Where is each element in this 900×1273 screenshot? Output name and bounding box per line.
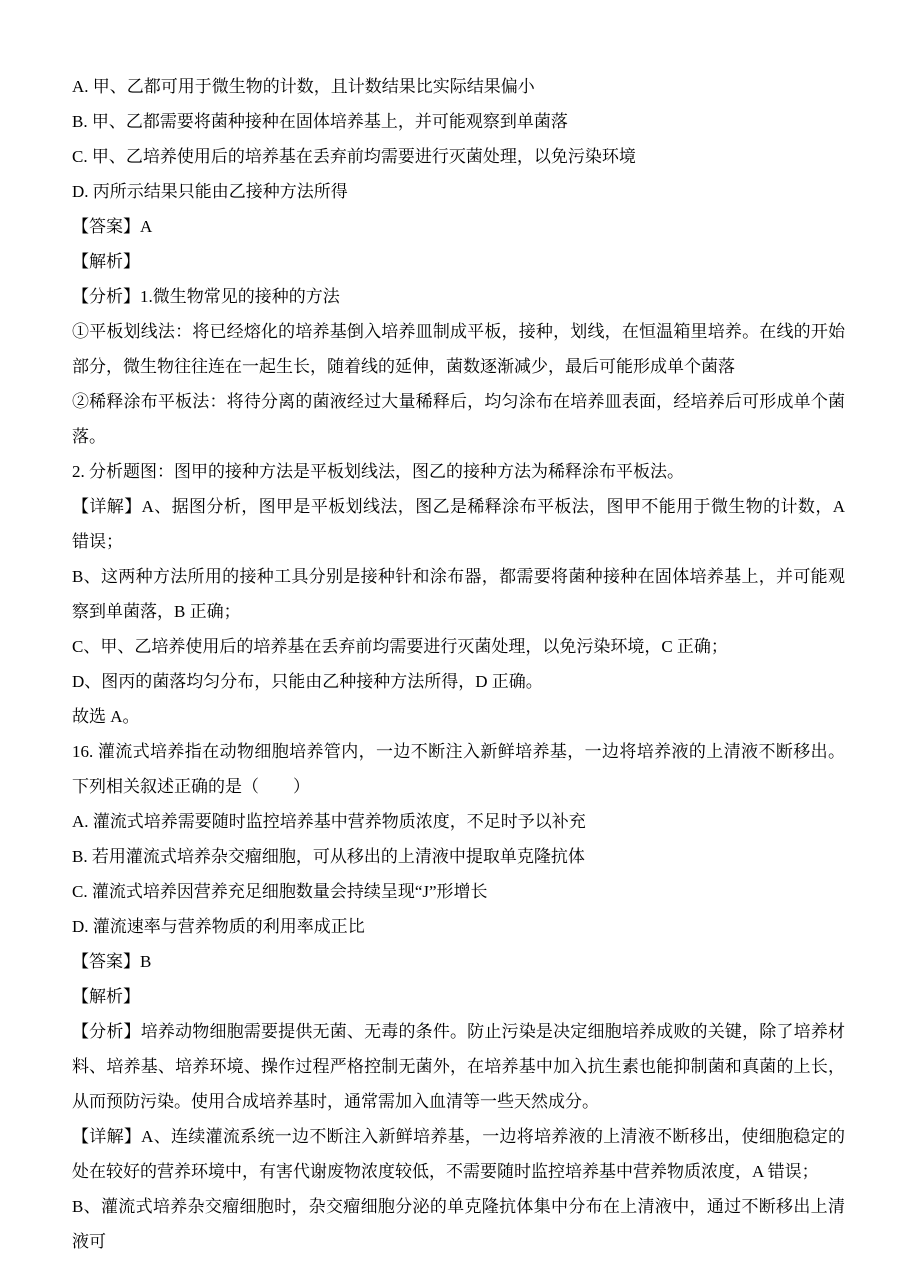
q16-answer: 【答案】B: [72, 944, 845, 979]
q15-detail-b: B、这两种方法所用的接种工具分别是接种针和涂布器，都需要将菌种接种在固体培养基上…: [72, 559, 845, 629]
document-page: A. 甲、乙都可用于微生物的计数，且计数结果比实际结果偏小 B. 甲、乙都需要将…: [0, 0, 900, 1273]
q16-option-b: B. 若用灌流式培养杂交瘤细胞，可从移出的上清液中提取单克隆抗体: [72, 839, 845, 874]
q15-option-c: C. 甲、乙培养使用后的培养基在丢弃前均需要进行灭菌处理，以免污染环境: [72, 139, 845, 174]
q15-option-d: D. 丙所示结果只能由乙接种方法所得: [72, 174, 845, 209]
q15-jiexi-label: 【解析】: [72, 244, 845, 279]
q15-detail-c: C、甲、乙培养使用后的培养基在丢弃前均需要进行灭菌处理，以免污染环境，C 正确；: [72, 629, 845, 664]
q15-analysis-method-1: ①平板划线法：将已经熔化的培养基倒入培养皿制成平板，接种，划线，在恒温箱里培养。…: [72, 314, 845, 384]
q15-conclusion: 故选 A。: [72, 699, 845, 734]
q15-detail-d: D、图丙的菌落均匀分布，只能由乙种接种方法所得，D 正确。: [72, 664, 845, 699]
q15-analysis-figure: 2. 分析题图：图甲的接种方法是平板划线法，图乙的接种方法为稀释涂布平板法。: [72, 454, 845, 489]
q15-option-b: B. 甲、乙都需要将菌种接种在固体培养基上，并可能观察到单菌落: [72, 104, 845, 139]
q16-stem: 16. 灌流式培养指在动物细胞培养管内，一边不断注入新鲜培养基，一边将培养液的上…: [72, 734, 845, 804]
q15-option-a: A. 甲、乙都可用于微生物的计数，且计数结果比实际结果偏小: [72, 69, 845, 104]
q15-analysis-heading: 【分析】1.微生物常见的接种的方法: [72, 279, 845, 314]
q16-jiexi-label: 【解析】: [72, 979, 845, 1014]
q16-detail-b: B、灌流式培养杂交瘤细胞时，杂交瘤细胞分泌的单克隆抗体集中分布在上清液中，通过不…: [72, 1189, 845, 1259]
q16-option-d: D. 灌流速率与营养物质的利用率成正比: [72, 909, 845, 944]
q16-option-a: A. 灌流式培养需要随时监控培养基中营养物质浓度，不足时予以补充: [72, 804, 845, 839]
q15-detail-a: 【详解】A、据图分析，图甲是平板划线法，图乙是稀释涂布平板法，图甲不能用于微生物…: [72, 489, 845, 559]
q16-option-c: C. 灌流式培养因营养充足细胞数量会持续呈现“J”形增长: [72, 874, 845, 909]
q16-analysis: 【分析】培养动物细胞需要提供无菌、无毒的条件。防止污染是决定细胞培养成败的关键，…: [72, 1014, 845, 1119]
q15-answer: 【答案】A: [72, 209, 845, 244]
q15-analysis-method-2: ②稀释涂布平板法：将待分离的菌液经过大量稀释后，均匀涂布在培养皿表面，经培养后可…: [72, 384, 845, 454]
q16-detail-a: 【详解】A、连续灌流系统一边不断注入新鲜培养基，一边将培养液的上清液不断移出，使…: [72, 1119, 845, 1189]
